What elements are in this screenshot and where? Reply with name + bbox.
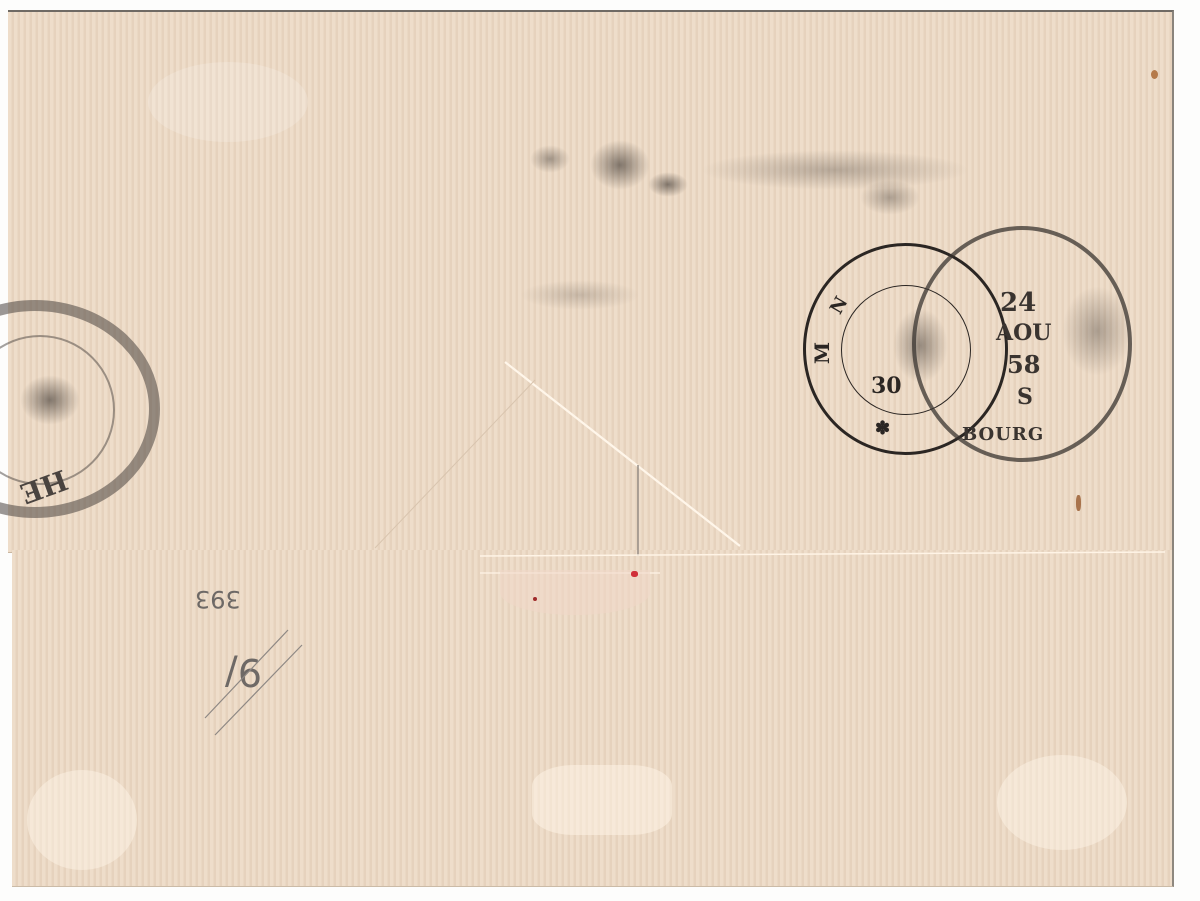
pencil-strike-lines — [0, 0, 1200, 901]
